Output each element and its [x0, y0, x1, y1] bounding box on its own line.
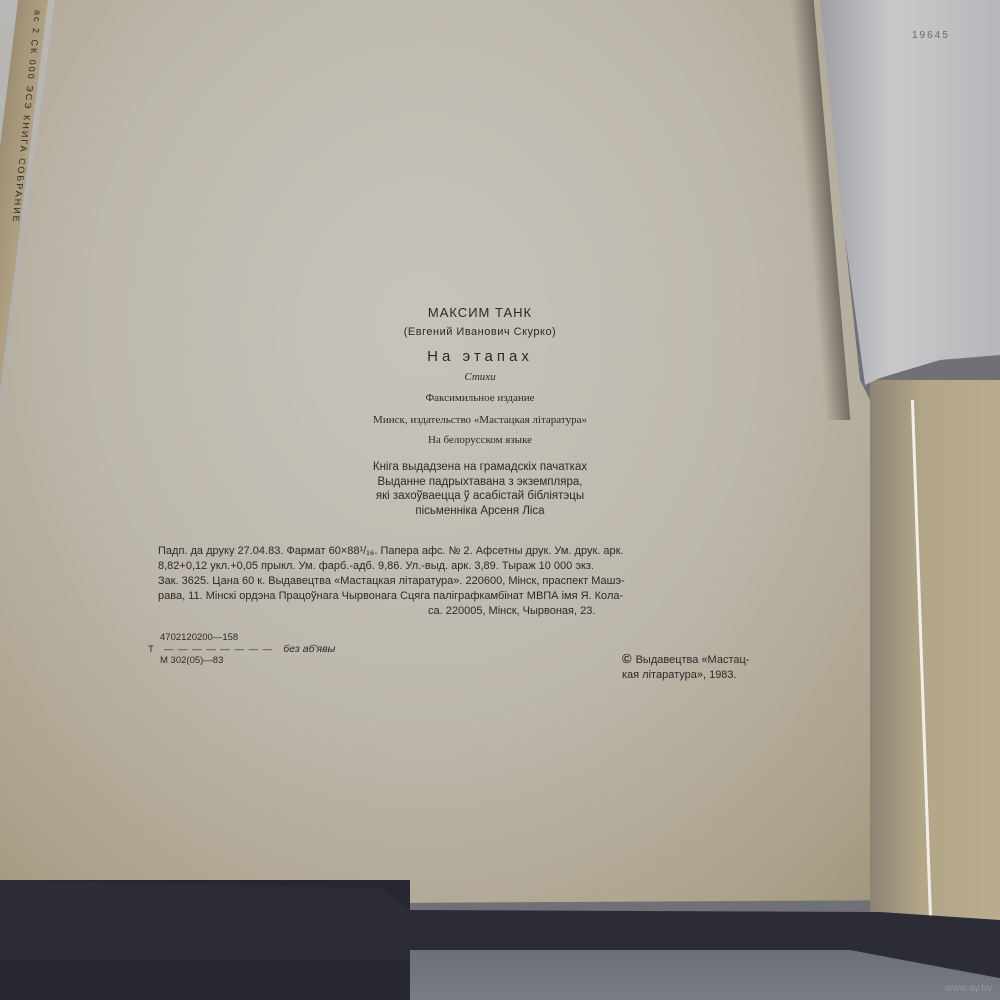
note-line: Выданне падрыхтавана з экземпляра, — [300, 475, 660, 490]
imprint-line: 8,82+0,12 укл.+0,05 прыкл. Ум. фарб.-адб… — [158, 559, 818, 574]
edition-type: Факсимильное издание — [300, 392, 660, 404]
paper-slip-note: 19645 — [912, 30, 950, 41]
author-real-name: (Евгений Иванович Скурко) — [300, 326, 660, 338]
imprint-line: Падп. да друку 27.04.83. Фармат 60×88¹/₁… — [158, 544, 818, 559]
facing-page-edge — [870, 380, 1000, 940]
copyright-icon: © — [622, 651, 632, 666]
note-line: які захоўваецца ў асабістай бібліятэцы — [300, 489, 660, 504]
author-name: МАКСИМ ТАНК — [300, 305, 660, 320]
imprint-line: рава, 11. Мінскі ордэна Працоўнага Чырво… — [158, 589, 818, 604]
note-line: пісьменніка Арсеня Ліса — [300, 504, 660, 519]
classification-denominator: М 302(05)—83 — [148, 655, 335, 666]
classification-prefix: Т — [148, 644, 154, 655]
copyright-line: Выдавецтва «Мастац- — [636, 654, 750, 666]
language-line: На белорусском языке — [300, 434, 660, 446]
classification-free-note: без аб'явы — [283, 643, 335, 655]
classification-divider: — — — — — — — — — [164, 644, 273, 655]
classification-index: 4702120200—158 Т — — — — — — — — без аб'… — [148, 632, 335, 666]
imprint-line: Зак. 3625. Цана 60 к. Выдавецтва «Мастац… — [158, 574, 818, 589]
imprint-block: Падп. да друку 27.04.83. Фармат 60×88¹/₁… — [158, 544, 818, 619]
book-title: На этапах — [300, 348, 660, 365]
note-line: Кніга выдадзена на грамадскіх пачатках — [300, 460, 660, 475]
watermark: www.ay.by — [945, 983, 992, 994]
publisher-line: Минск, издательство «Мастацкая літаратур… — [280, 414, 680, 426]
publication-note: Кніга выдадзена на грамадскіх пачатках В… — [300, 460, 660, 518]
copyright-line: кая літаратура», 1983. — [622, 668, 749, 683]
imprint-line: са. 220005, Мінск, Чырвоная, 23. — [158, 604, 818, 619]
copyright-notice: ©Выдавецтва «Мастац- кая літаратура», 19… — [622, 651, 749, 683]
classification-numerator: 4702120200—158 — [148, 632, 335, 643]
book-genre: Стихи — [300, 371, 660, 383]
